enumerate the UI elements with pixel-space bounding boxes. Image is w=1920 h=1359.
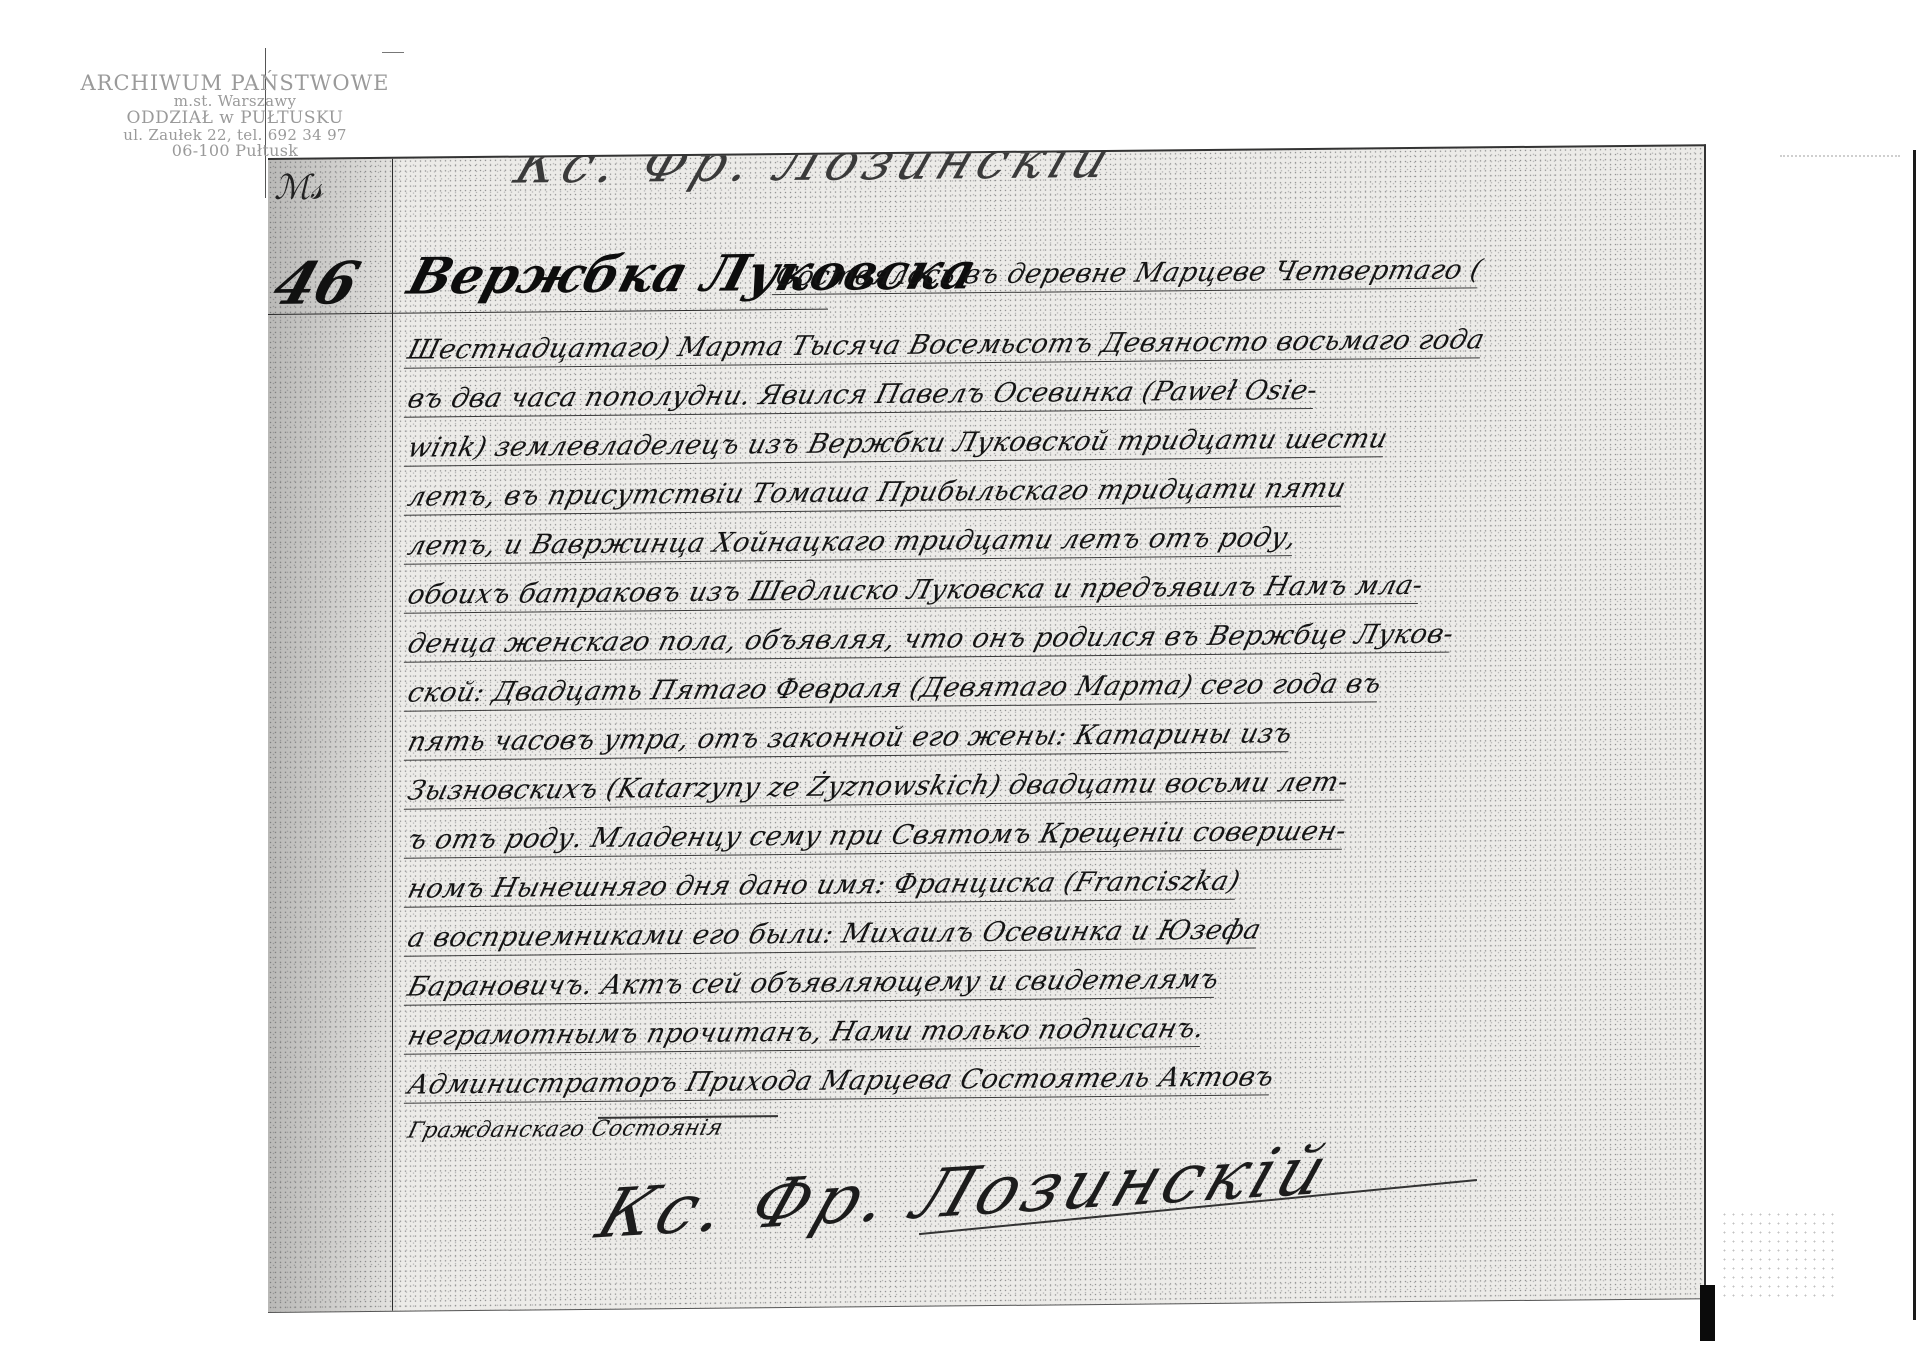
margin-divider-line bbox=[392, 159, 393, 1311]
stamp-archive-name: ARCHIWUM PAŃSTWOWE bbox=[70, 72, 400, 94]
record-line: Гражданскаго Состоянія bbox=[405, 1116, 726, 1146]
record-line: номъ Нынешняго дня дано имя: Франциска (… bbox=[404, 866, 1244, 908]
margin-annotation: ℳ𝓈 bbox=[274, 167, 323, 207]
scanner-edge-line bbox=[1913, 150, 1916, 1320]
officiant-signature: Кс. Фр. Лозинскій bbox=[587, 1131, 1342, 1254]
record-line: Зызновскихъ (Katarzyny ze Żyznowskich) д… bbox=[404, 767, 1352, 810]
record-line: а восприемниками его были: Михаилъ Осеви… bbox=[404, 914, 1265, 956]
scanned-document-canvas: ARCHIWUM PAŃSTWOWE m.st. Warszawy ODDZIA… bbox=[0, 0, 1920, 1359]
record-line: Состоялось въ деревне Марцеве Четвертаго… bbox=[772, 254, 1486, 295]
record-line: Барановичъ. Актъ сей объявляющему и свид… bbox=[404, 964, 1223, 1006]
scanner-black-bar bbox=[1700, 1285, 1715, 1341]
record-line: Шестнадцатаго) Марта Тысяча Восемьсотъ Д… bbox=[404, 324, 1488, 368]
record-page: ℳ𝓈 46 Кс. Фр. Лозинскій Вержбка Луковска… bbox=[268, 144, 1706, 1313]
scan-noise-corner bbox=[1720, 1210, 1840, 1300]
archive-stamp: ARCHIWUM PAŃSTWOWE m.st. Warszawy ODDZIA… bbox=[70, 72, 400, 160]
stamp-branch: ODDZIAŁ w PUŁTUSKU bbox=[70, 110, 400, 128]
faded-top-signature: Кс. Фр. Лозинскій bbox=[507, 144, 1124, 196]
record-line: ской: Двадцать Пятаго Февраля (Девятаго … bbox=[404, 668, 1385, 711]
record-line: Администраторъ Прихода Марцева Состоятел… bbox=[404, 1061, 1278, 1103]
record-line: летъ, и Вавржинца Хойнацкаго тридцати ле… bbox=[404, 522, 1300, 565]
record-body: Вержбка Луковска Состоялось въ деревне М… bbox=[396, 204, 1686, 216]
record-line: неграмотнымъ прочитанъ, Нами только подп… bbox=[404, 1013, 1208, 1055]
scan-noise-dots bbox=[1780, 155, 1900, 159]
record-line: летъ, въ присутствіи Томаша Прибыльскаго… bbox=[404, 473, 1349, 516]
record-line: обоихъ батраковъ изъ Шедлиско Луковска и… bbox=[404, 570, 1427, 614]
record-line: пять часовъ утра, отъ законной его жены:… bbox=[404, 718, 1296, 761]
header-rule-line bbox=[268, 309, 828, 315]
record-line: въ два часа пополудни. Явился Павелъ Осе… bbox=[404, 375, 1321, 418]
record-line: wink) землевладелецъ изъ Вержбки Луковск… bbox=[404, 423, 1391, 466]
record-line: денца женскаго пола, объявляя, что онъ р… bbox=[404, 619, 1457, 663]
record-line: ъ отъ роду. Младенцу сему при Святомъ Кр… bbox=[404, 816, 1350, 859]
scan-tick-mark bbox=[382, 52, 404, 53]
entry-number: 46 bbox=[268, 249, 368, 318]
